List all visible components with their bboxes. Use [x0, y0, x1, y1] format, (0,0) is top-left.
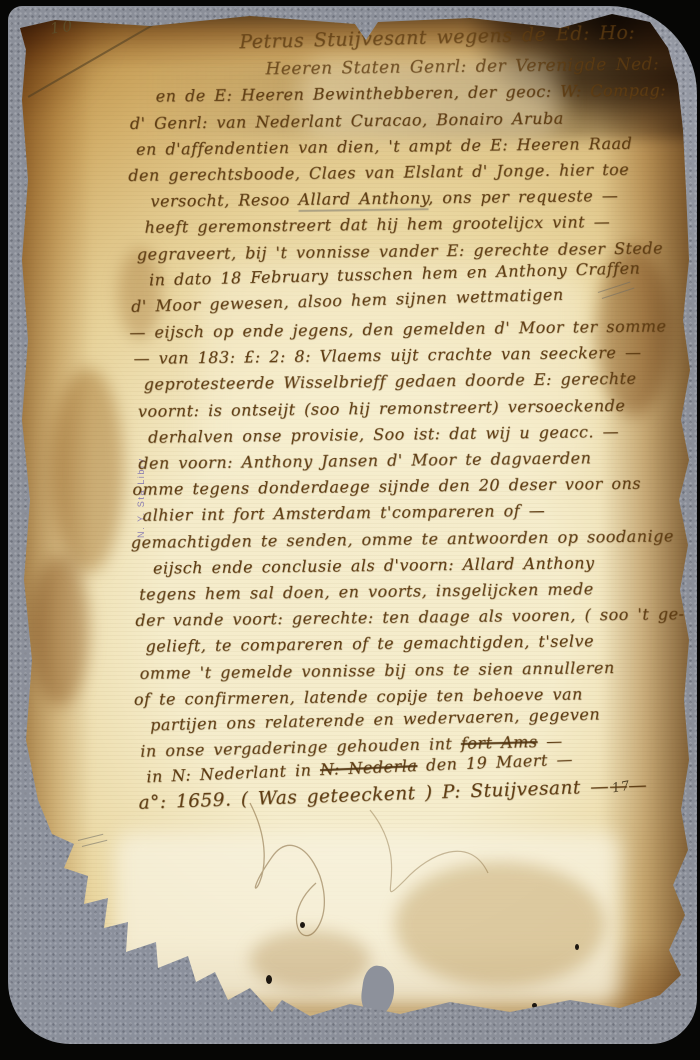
manuscript-line-segment: en d'affendentien van dien, 't ampt de E… — [136, 134, 633, 159]
ink-speck — [266, 975, 272, 984]
ink-speck — [532, 1003, 537, 1008]
manuscript-line-segment: den 19 Maert — — [417, 750, 573, 776]
stain — [52, 368, 124, 573]
manuscript-line-segment: Petrus Stuijvesant wegens de Ed: Ho: — [239, 22, 635, 54]
manuscript-line-segment: voornt: is ontseijt (soo hij remonstreer… — [138, 395, 626, 420]
manuscript-line-segment: derhalven onse provisie, Soo ist: dat wi… — [148, 422, 619, 447]
manuscript-line-segment: geprotesteerde Wisselbrieff gedaen doord… — [144, 369, 637, 394]
manuscript-line-segment: den voorn: Anthony Jansen d' Moor te dag… — [138, 448, 591, 473]
manuscript-line-segment: Allard Anthony — [298, 188, 428, 212]
manuscript-line-segment: den gerechtsboode, Claes van Elslant d' … — [128, 160, 629, 185]
manuscript-line-segment: N: Nederla — [320, 756, 418, 779]
manuscript-text: Petrus Stuijvesant wegens de Ed: Ho:Heer… — [127, 28, 684, 817]
manuscript-line-segment: alhier int fort Amsterdam t'compareren o… — [143, 501, 546, 525]
manuscript-line-segment: omme 't gemelde vonnisse bij ons te sien… — [140, 658, 615, 683]
aged-edge-left — [12, 6, 92, 1044]
manuscript-line-segment: gemachtigden te senden, omme te antwoord… — [131, 526, 674, 552]
folio-number: 10 — [49, 16, 76, 37]
pencil-mark — [78, 834, 104, 842]
manuscript-line-segment: en de E: Heeren Bewinthebberen, der geoc… — [156, 81, 667, 106]
manuscript-line-segment: versocht, Resoo — [150, 190, 298, 211]
manuscript-line-segment: eijsch ende conclusie als d'voorn: Allar… — [153, 553, 595, 577]
manuscript-line-segment: der vande voort: gerechte: ten daage als… — [135, 604, 684, 630]
paper-hole — [359, 964, 398, 1018]
manuscript-paper: 10 N. Y. Sta Libry 17 Petrus Stuijvesant… — [8, 6, 697, 1044]
pencil-mark — [82, 840, 108, 848]
stain — [30, 556, 90, 706]
backing-sheet: 10 N. Y. Sta Libry 17 Petrus Stuijvesant… — [8, 6, 697, 1044]
manuscript-line-segment: d' Genrl: van Nederlant Curacao, Bonairo… — [130, 108, 564, 132]
scan-background: 10 N. Y. Sta Libry 17 Petrus Stuijvesant… — [0, 0, 700, 1060]
manuscript-line-segment: — van 183: £: 2: 8: Vlaems uijt crachte … — [133, 343, 641, 368]
manuscript-line-segment: heeft geremonstreert dat hij hem grootel… — [145, 212, 611, 237]
manuscript-line-segment: , ons per requeste — — [428, 186, 618, 207]
manuscript-line-segment: tegens hem sal doen, en voorts, insgelij… — [139, 579, 594, 604]
manuscript-line-segment: in N: Nederlant in — [146, 760, 320, 786]
signature-flourish — [220, 795, 500, 955]
manuscript-line-segment: gelieft, te compareren of te gemachtigde… — [145, 632, 594, 656]
manuscript-line-segment: — eijsch op ende jegens, den gemelden d'… — [129, 316, 666, 342]
manuscript-line-segment: Heeren Staten Genrl: der Verenigde Ned: — [265, 55, 659, 80]
ink-speck — [575, 944, 579, 950]
manuscript-line-segment: omme tegens donderdaege sijnde den 20 de… — [132, 474, 641, 499]
